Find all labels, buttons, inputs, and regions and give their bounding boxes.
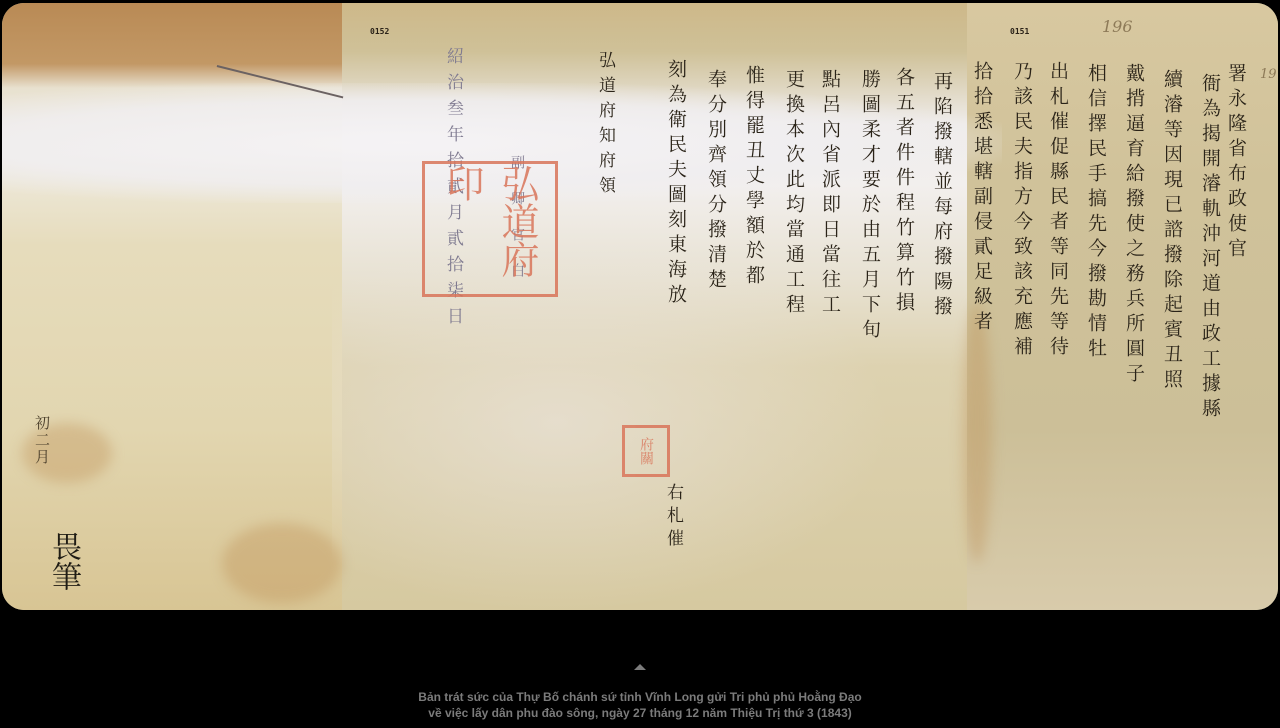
text-column: 刻為衛民夫圖刻東海放 — [666, 59, 685, 309]
pencil-page-number: 196 — [1102, 17, 1133, 36]
closing-phrase: 右札催 — [664, 483, 681, 552]
text-column: 再陷撥轄並每府撥陽撥 — [932, 71, 951, 321]
image-viewer: 0152 0151 196 19 初二月 畏筆 紹治叁年拾貳月貳拾柒日 副卿官白… — [0, 0, 1280, 728]
caption-area: Bản trát sức của Thự Bố chánh sứ tỉnh Vĩ… — [0, 664, 1280, 721]
text-column: 更換本次此均當通工程 — [784, 69, 803, 319]
pencil-margin-number: 19 — [1260, 67, 1277, 82]
text-column: 乃該民夫指方今致該充應補 — [1012, 61, 1031, 361]
light-glare — [332, 233, 892, 610]
stain — [222, 523, 342, 603]
addressee-column: 弘道府知府領 — [596, 51, 613, 201]
text-column: 各五者件件程竹算竹損 — [894, 67, 913, 317]
text-column: 衙為揭開濬軌沖河道由政工據縣 — [1200, 73, 1219, 423]
text-column: 相信擇民手搞先今撥勘情牡 — [1086, 63, 1105, 363]
small-red-seal: 府關 — [622, 425, 670, 477]
text-column: 戴揹逼育給撥使之務兵所圓子 — [1124, 63, 1143, 388]
text-column: 惟得罷丑丈學額於都 — [744, 65, 763, 290]
signature: 畏筆 — [48, 531, 78, 591]
caption-line-2: về việc lấy dân phu đào sông, ngày 27 th… — [0, 705, 1280, 721]
archive-number-right: 0151 — [1010, 27, 1029, 36]
text-column: 拾拾悉堪轄副侵貳足級者 — [972, 61, 991, 336]
left-sheet — [2, 3, 342, 610]
stain — [962, 303, 992, 563]
archive-number-left: 0152 — [370, 27, 389, 36]
large-red-seal: 弘道府印 — [422, 161, 558, 297]
text-column: 奉分別齊領分撥清楚 — [706, 69, 725, 294]
text-column: 出札催促縣民者等同先等待 — [1048, 61, 1067, 361]
date-note: 初二月 — [34, 415, 49, 466]
document-photo[interactable]: 0152 0151 196 19 初二月 畏筆 紹治叁年拾貳月貳拾柒日 副卿官白… — [2, 3, 1278, 610]
image-caption: Bản trát sức của Thự Bố chánh sứ tỉnh Vĩ… — [0, 689, 1280, 721]
text-column: 署永隆省布政使官 — [1226, 63, 1245, 263]
text-column: 點呂內省派即日當往工 — [820, 69, 839, 319]
text-column: 勝圖柔才要於由五月下旬 — [860, 69, 879, 344]
caret-up-icon[interactable] — [634, 664, 646, 670]
text-column: 續濬等因現已諮撥除起賓丑照 — [1162, 69, 1181, 394]
caption-line-1: Bản trát sức của Thự Bố chánh sứ tỉnh Vĩ… — [0, 689, 1280, 705]
